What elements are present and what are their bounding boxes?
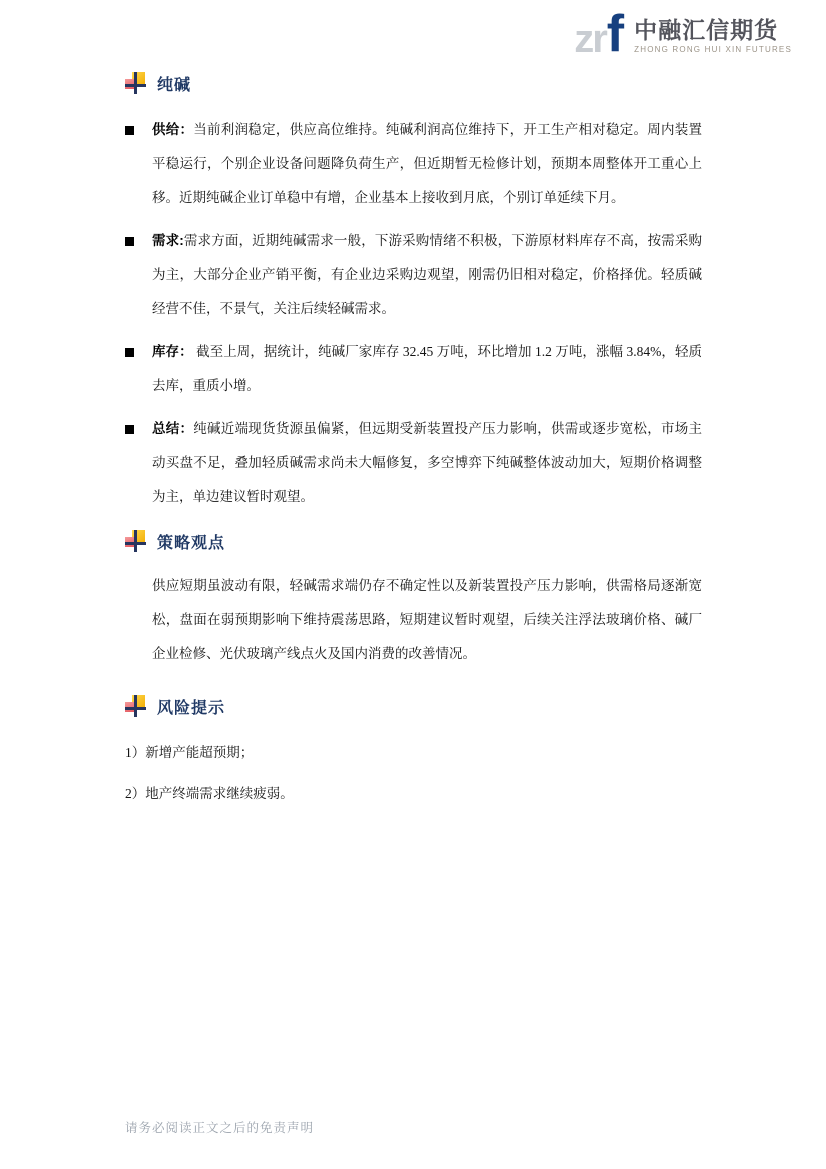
- risk-list: 1）新增产能超预期； 2）地产终端需求继续疲弱。: [125, 732, 702, 814]
- section-marker-icon: [125, 530, 146, 553]
- section-marker-icon: [125, 72, 146, 95]
- logo-company-name-cn: 中融汇信期货: [634, 18, 792, 43]
- footer-disclaimer: 请务必阅读正文之后的免责声明: [125, 1118, 314, 1136]
- company-logo: zrf 中融汇信期货 ZHONG RONG HUI XIN FUTURES: [574, 12, 792, 56]
- risk-item: 1）新增产能超预期；: [125, 732, 702, 773]
- report-page: zrf 中融汇信期货 ZHONG RONG HUI XIN FUTURES 纯碱…: [0, 0, 826, 814]
- report-content: 纯碱 供给：当前利润稳定，供应高位维持。纯碱利润高位维持下，开工生产相对稳定。周…: [0, 0, 826, 814]
- square-bullet-icon: [125, 425, 134, 434]
- marker-cross-vertical: [134, 72, 137, 94]
- bullet-item-supply: 供给：当前利润稳定，供应高位维持。纯碱利润高位维持下，开工生产相对稳定。周内装置…: [125, 113, 702, 215]
- logo-zrf-mark: zrf: [574, 12, 624, 56]
- bullet-text: 需求方面，近期纯碱需求一般，下游采购情绪不积极，下游原材料库存不高，按需采购为主…: [152, 233, 702, 316]
- logo-text-block: 中融汇信期货 ZHONG RONG HUI XIN FUTURES: [634, 18, 792, 56]
- bullet-body: 供给：当前利润稳定，供应高位维持。纯碱利润高位维持下，开工生产相对稳定。周内装置…: [152, 113, 702, 215]
- marker-cross-vertical: [134, 695, 137, 717]
- strategy-paragraph: 供应短期虽波动有限，轻碱需求端仍存不确定性以及新装置投产压力影响，供需格局逐渐宽…: [152, 569, 702, 671]
- bullet-body: 库存： 截至上周，据统计，纯碱厂家库存 32.45 万吨，环比增加 1.2 万吨…: [152, 335, 702, 403]
- square-bullet-icon: [125, 237, 134, 246]
- bullet-item-demand: 需求:需求方面，近期纯碱需求一般，下游采购情绪不积极，下游原材料库存不高，按需采…: [125, 224, 702, 326]
- bullet-label: 总结：: [152, 421, 193, 436]
- bullet-body: 总结：纯碱近端现货货源虽偏紧，但远期受新装置投产压力影响，供需或逐步宽松，市场主…: [152, 412, 702, 514]
- square-bullet-icon: [125, 348, 134, 357]
- bullet-text: 截至上周，据统计，纯碱厂家库存 32.45 万吨，环比增加 1.2 万吨，涨幅 …: [152, 344, 702, 393]
- section-heading-strategy: 策略观点: [125, 530, 702, 553]
- section-marker-icon: [125, 695, 146, 718]
- risk-item: 2）地产终端需求继续疲弱。: [125, 773, 702, 814]
- marker-cross-horizontal: [125, 707, 146, 710]
- logo-company-name-en: ZHONG RONG HUI XIN FUTURES: [634, 45, 792, 54]
- bullet-item-summary: 总结：纯碱近端现货货源虽偏紧，但远期受新装置投产压力影响，供需或逐步宽松，市场主…: [125, 412, 702, 514]
- bullet-text: 纯碱近端现货货源虽偏紧，但远期受新装置投产压力影响，供需或逐步宽松，市场主动买盘…: [152, 421, 702, 504]
- bullet-label: 供给：: [152, 122, 193, 137]
- square-bullet-icon: [125, 126, 134, 135]
- logo-zr-letters: zr: [574, 22, 606, 56]
- section-heading-soda: 纯碱: [125, 72, 702, 95]
- bullet-body: 需求:需求方面，近期纯碱需求一般，下游采购情绪不积极，下游原材料库存不高，按需采…: [152, 224, 702, 326]
- bullet-label: 库存：: [152, 344, 193, 359]
- marker-cross-horizontal: [125, 84, 146, 87]
- bullet-text: 当前利润稳定，供应高位维持。纯碱利润高位维持下，开工生产相对稳定。周内装置平稳运…: [152, 122, 702, 205]
- marker-cross-vertical: [134, 530, 137, 552]
- section-title: 风险提示: [157, 695, 225, 718]
- section-title: 纯碱: [157, 72, 191, 95]
- bullet-item-inventory: 库存： 截至上周，据统计，纯碱厂家库存 32.45 万吨，环比增加 1.2 万吨…: [125, 335, 702, 403]
- section-title: 策略观点: [157, 530, 225, 553]
- logo-f-letter: f: [607, 12, 624, 56]
- bullet-label: 需求:: [152, 233, 184, 248]
- section-heading-risk: 风险提示: [125, 695, 702, 718]
- soda-bullet-list: 供给：当前利润稳定，供应高位维持。纯碱利润高位维持下，开工生产相对稳定。周内装置…: [125, 113, 702, 514]
- marker-cross-horizontal: [125, 542, 146, 545]
